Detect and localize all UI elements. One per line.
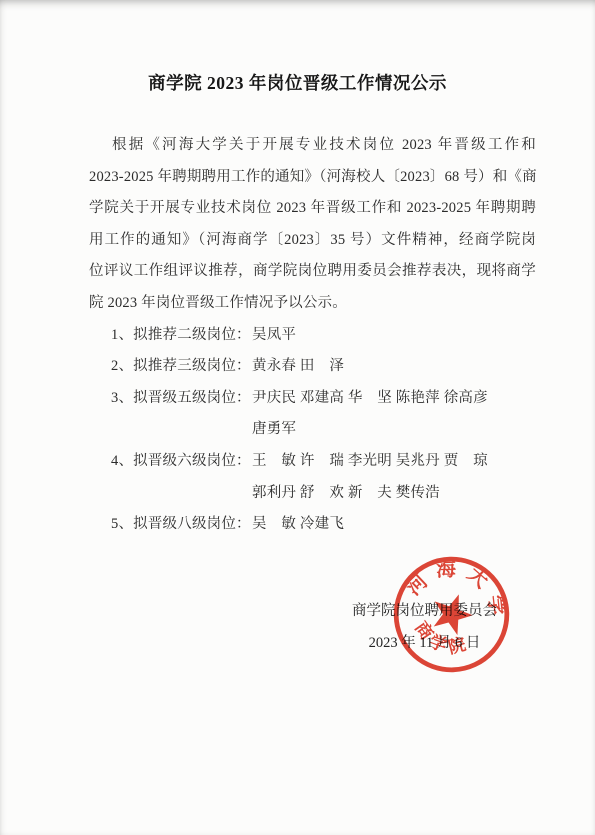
list-item-names: 尹庆民 邓建高 华 坚 陈艳萍 徐高彦: [252, 390, 488, 406]
list-item-names: 黄永春 田 泽: [252, 358, 344, 374]
list-item-continuation: 唐勇军: [89, 414, 536, 446]
document-body: 根据《河海大学关于开展专业技术岗位 2023 年晋级工作和 2023-2025 …: [89, 130, 536, 541]
list-item-label: 3、拟晋级五级岗位：: [111, 383, 252, 415]
paragraph-line: 用工作的通知》（河海商学〔2023〕35 号）文件精神，经商学院岗: [89, 225, 536, 257]
list-item: 4、拟晋级六级岗位：王 敏 许 瑞 李光明 吴兆丹 贾 琼: [89, 446, 536, 478]
signature-date: 2023 年 11 月 6 日: [352, 627, 497, 659]
list-item-names: 吴凤平: [252, 327, 296, 343]
list-item: 2、拟推荐三级岗位：黄永春 田 泽: [89, 351, 536, 383]
page-title: 商学院 2023 年岗位晋级工作情况公示: [0, 70, 595, 95]
paragraph-line: 2023-2025 年聘期聘用工作的通知》（河海校人〔2023〕68 号）和《商: [89, 162, 536, 194]
signature-block: 商学院岗位聘用委员会 2023 年 11 月 6 日: [352, 595, 497, 659]
paragraph-line: 院 2023 年岗位晋级工作情况予以公示。: [89, 288, 536, 320]
list-item-label: 4、拟晋级六级岗位：: [111, 446, 252, 478]
list-item-names: 吴 敏 冷建飞: [252, 516, 344, 532]
list-item: 5、拟晋级八级岗位：吴 敏 冷建飞: [89, 509, 536, 541]
list-item-continuation: 郭利丹 舒 欢 新 夫 樊传浩: [89, 478, 536, 510]
list-item-names: 唐勇军: [252, 421, 296, 437]
list-item: 1、拟推荐二级岗位：吴凤平: [89, 320, 536, 352]
paragraph-line: 位评议工作组评议推荐，商学院岗位聘用委员会推荐表决，现将商学: [89, 256, 536, 288]
paragraph-line: 学院关于开展专业技术岗位 2023 年晋级工作和 2023-2025 年聘期聘: [89, 193, 536, 225]
list-item-label: 1、拟推荐二级岗位：: [111, 320, 252, 352]
list-item: 3、拟晋级五级岗位：尹庆民 邓建高 华 坚 陈艳萍 徐高彦: [89, 383, 536, 415]
list-item-names: 王 敏 许 瑞 李光明 吴兆丹 贾 琼: [252, 453, 488, 469]
signature-committee: 商学院岗位聘用委员会: [352, 595, 497, 627]
list-item-label: 5、拟晋级八级岗位：: [111, 509, 252, 541]
paragraph-line: 根据《河海大学关于开展专业技术岗位 2023 年晋级工作和: [89, 130, 536, 162]
document-page: 商学院 2023 年岗位晋级工作情况公示 根据《河海大学关于开展专业技术岗位 2…: [0, 0, 595, 835]
list-item-names: 郭利丹 舒 欢 新 夫 樊传浩: [252, 485, 440, 501]
list-item-label: 2、拟推荐三级岗位：: [111, 351, 252, 383]
